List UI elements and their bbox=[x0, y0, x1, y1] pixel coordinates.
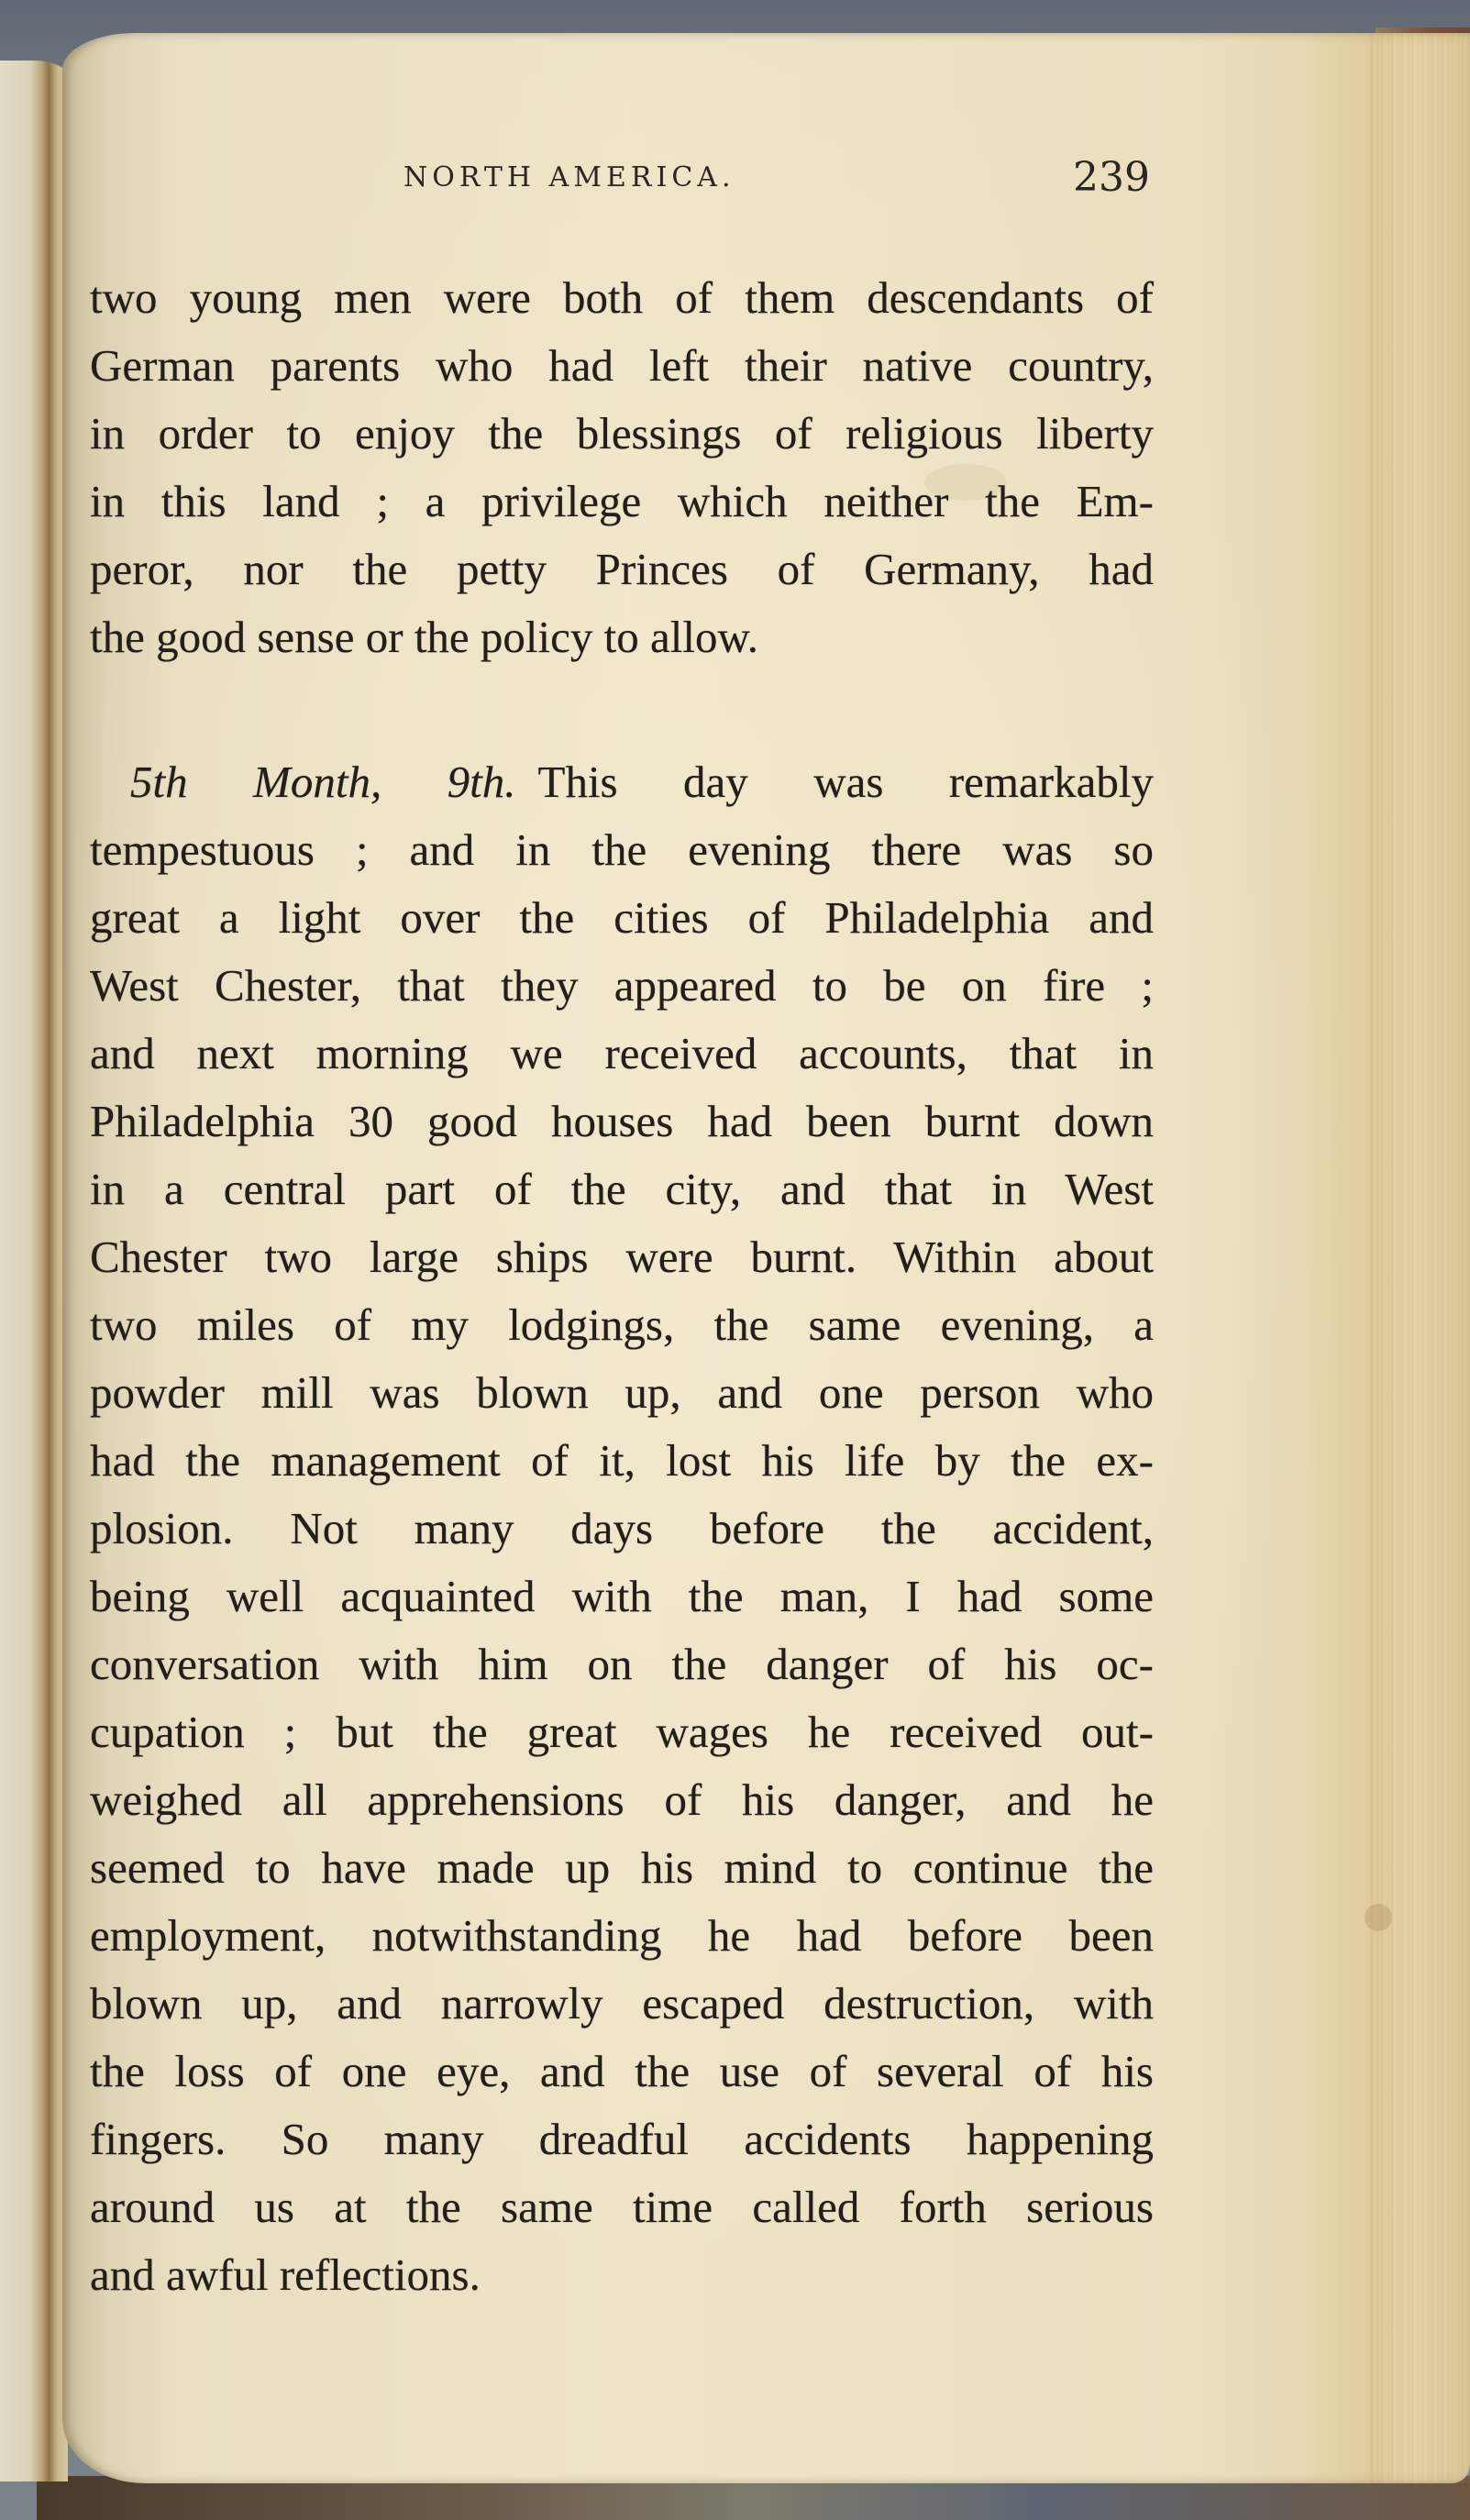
page-fore-edge bbox=[1369, 33, 1470, 2483]
paragraph-continued: two young men were both of them descenda… bbox=[90, 264, 1154, 671]
text-line: fingers. So many dreadful accidents happ… bbox=[90, 2106, 1154, 2173]
text-line: powder mill was blown up, and one person… bbox=[90, 1359, 1154, 1427]
text-line: two miles of my lodgings, the same eveni… bbox=[90, 1291, 1154, 1359]
text-line: in order to enjoy the blessings of relig… bbox=[90, 400, 1154, 468]
entry-opening: This day was remarkably bbox=[538, 757, 1154, 807]
text-line: peror, nor the petty Princes of Germany,… bbox=[90, 536, 1154, 603]
page-body: two young men were both of them descenda… bbox=[90, 264, 1154, 2309]
text-line: and awful reflections. bbox=[90, 2241, 1154, 2309]
text-line: the good sense or the policy to allow. bbox=[90, 603, 1154, 671]
text-line: in a central part of the city, and that … bbox=[90, 1155, 1154, 1223]
text-line: blown up, and narrowly escaped destructi… bbox=[90, 1970, 1154, 2038]
text-line: Chester two large ships were burnt. With… bbox=[90, 1223, 1154, 1291]
text-line: plosion. Not many days before the accide… bbox=[90, 1495, 1154, 1563]
paragraph-gap bbox=[90, 671, 1154, 748]
text-line: employment, notwithstanding he had befor… bbox=[90, 1902, 1154, 1970]
entry-date: 5th Month, 9th. bbox=[130, 757, 516, 807]
text-line: the loss of one eye, and the use of seve… bbox=[90, 2038, 1154, 2106]
facing-page-edge bbox=[0, 61, 68, 2481]
text-line: Philadelphia 30 good houses had been bur… bbox=[90, 1088, 1154, 1155]
text-line: seemed to have made up his mind to conti… bbox=[90, 1834, 1154, 1902]
text-line: cupation ; but the great wages he receiv… bbox=[90, 1698, 1154, 1766]
text-line: tempestuous ; and in the evening there w… bbox=[90, 816, 1154, 884]
text-line: in this land ; a privilege which neither… bbox=[90, 468, 1154, 536]
text-line: being well acquainted with the man, I ha… bbox=[90, 1563, 1154, 1630]
text-line-first: 5th Month, 9th.This day was remarkably bbox=[90, 748, 1154, 816]
text-line: and next morning we received accounts, t… bbox=[90, 1020, 1154, 1088]
text-line: conversation with him on the danger of h… bbox=[90, 1630, 1154, 1698]
running-header: North America. 239 bbox=[0, 161, 1470, 216]
running-head-title: North America. bbox=[403, 161, 735, 193]
paragraph-diary-entry: 5th Month, 9th.This day was remarkably t… bbox=[90, 748, 1154, 2309]
text-line: had the management of it, lost his life … bbox=[90, 1427, 1154, 1495]
text-line: West Chester, that they appeared to be o… bbox=[90, 952, 1154, 1020]
text-line: two young men were both of them descenda… bbox=[90, 264, 1154, 332]
page-number: 239 bbox=[1073, 154, 1150, 201]
text-line: great a light over the cities of Philade… bbox=[90, 884, 1154, 952]
text-line: weighed all apprehensions of his danger,… bbox=[90, 1766, 1154, 1834]
text-line: around us at the same time called forth … bbox=[90, 2173, 1154, 2241]
scanned-book-spread: North America. 239 two young men were bo… bbox=[0, 0, 1470, 2520]
text-line: German parents who had left their native… bbox=[90, 332, 1154, 400]
foxing-spot bbox=[1365, 1904, 1392, 1931]
